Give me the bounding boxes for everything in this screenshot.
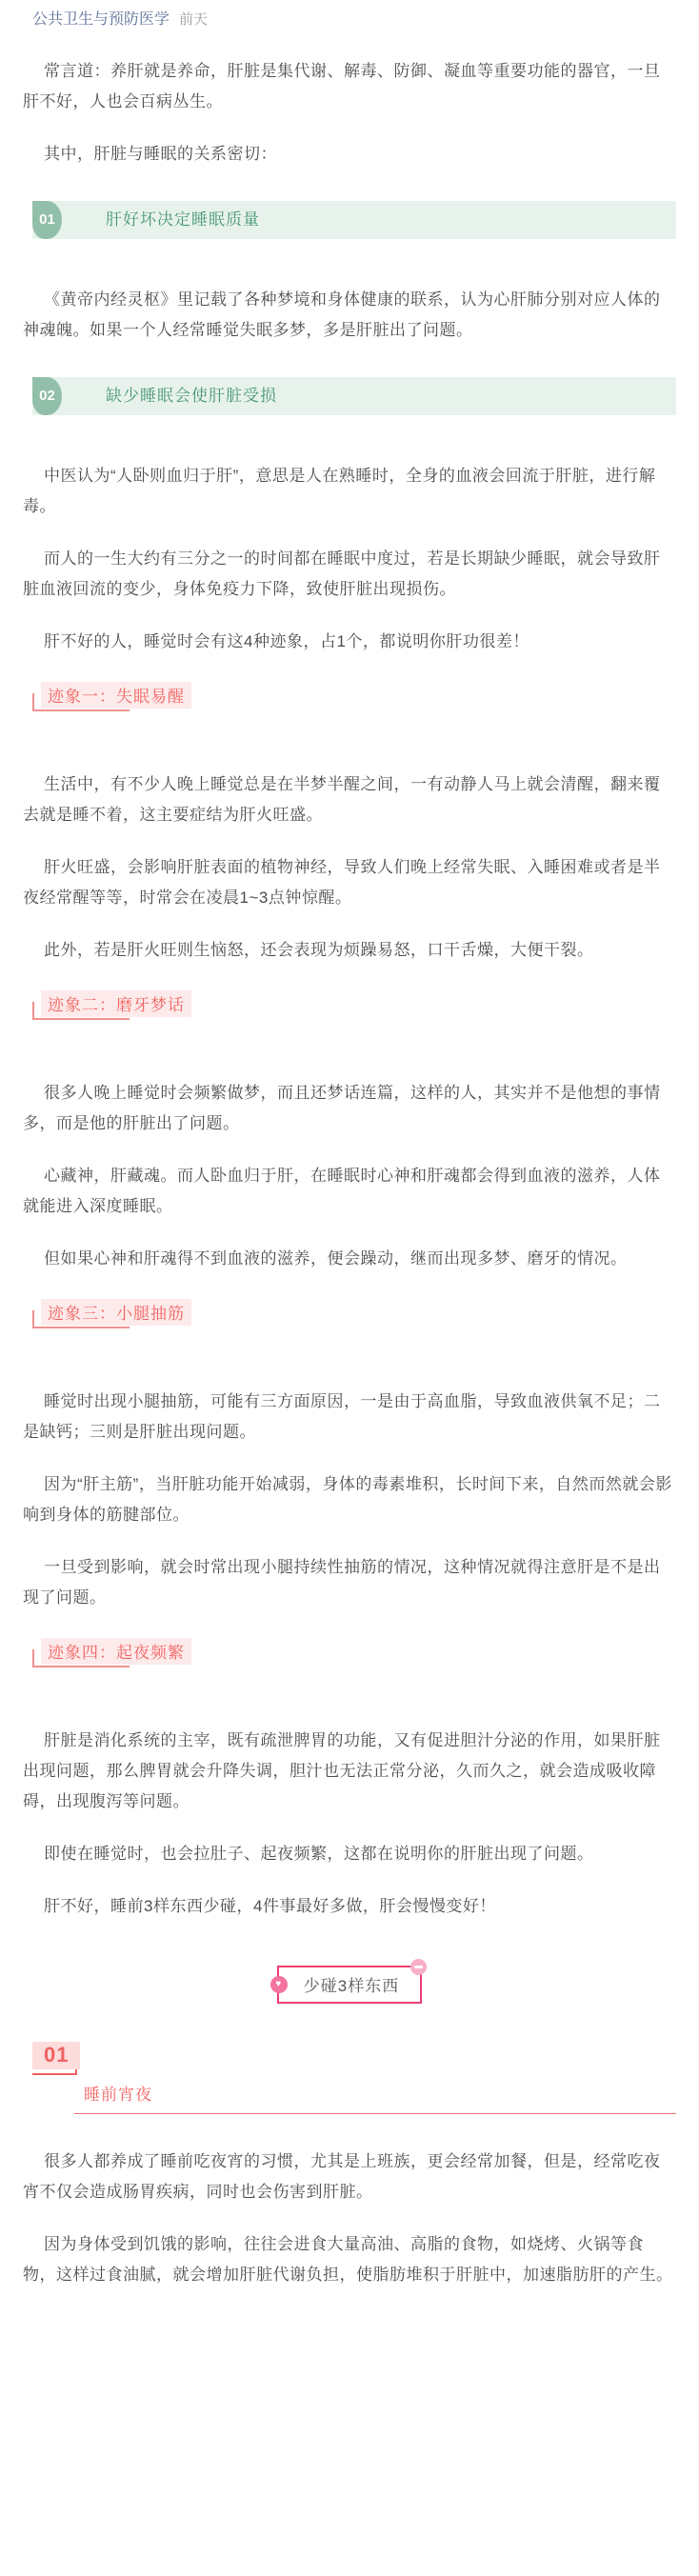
paragraph: 肝不好的人，睡觉时会有这4种迹象，占1个，都说明你肝功很差！	[23, 627, 676, 657]
sign-heading-label: 迹象一：失眠易醒	[41, 682, 191, 709]
article-page: 公共卫生与预防医学前天 常言道：养肝就是养命，肝脏是集代谢、解毒、防御、凝血等重…	[0, 0, 699, 2290]
paragraph: 生活中，有不少人晚上睡觉总是在半梦半醒之间，一有动静人马上就会清醒，翻来覆去就是…	[23, 769, 676, 830]
sign-heading-label: 迹象二：磨牙梦话	[41, 990, 191, 1017]
avoid-badge-label: 少碰3样东西	[304, 1977, 399, 1995]
paragraph: 中医认为“人卧则血归于肝”，意思是人在熟睡时，全身的血液会回流于肝脏，进行解毒。	[23, 461, 676, 522]
sign-heading-insomnia: 迹象一：失眠易醒	[32, 682, 676, 720]
paragraph: 而人的一生大约有三分之一的时间都在睡眠中度过，若是长期缺少睡眠，就会导致肝脏血液…	[23, 544, 676, 605]
section-title: 缺少睡眠会使肝脏受损	[32, 377, 676, 415]
avoid-item-number: 01	[32, 2042, 80, 2069]
sign-heading-frequent-night-urination: 迹象四：起夜频繁	[32, 1638, 676, 1676]
section-banner-sleep-loss-damage: 02 缺少睡眠会使肝脏受损	[32, 377, 676, 415]
sign-heading-label: 迹象三：小腿抽筋	[41, 1299, 191, 1326]
article-header: 公共卫生与预防医学前天	[23, 0, 676, 30]
paragraph: 很多人都养成了睡前吃夜宵的习惯，尤其是上班族，更会经常加餐，但是，经常吃夜宵不仅…	[23, 2147, 676, 2207]
sign-heading-teeth-grinding: 迹象二：磨牙梦话	[32, 990, 676, 1028]
avoid-item-heading-late-night-snack: 01 睡前宵夜	[32, 2042, 676, 2114]
paragraph: 因为身体受到饥饿的影响，往往会进食大量高油、高脂的食物，如烧烤、火锅等食物，这样…	[23, 2229, 676, 2290]
paragraph: 即使在睡觉时，也会拉肚子、起夜频繁，这都在说明你的肝脏出现了问题。	[23, 1839, 676, 1869]
intro-paragraph: 常言道：养肝就是养命，肝脏是集代谢、解毒、防御、凝血等重要功能的器官，一旦肝不好…	[23, 56, 676, 117]
paragraph: 一旦受到影响，就会时常出现小腿持续性抽筋的情况，这种情况就得注意肝是不是出现了问…	[23, 1552, 676, 1613]
paragraph: 此外，若是肝火旺则生恼怒，还会表现为烦躁易怒，口干舌燥，大便干裂。	[23, 935, 676, 966]
section-number-badge: 01	[32, 201, 62, 239]
paragraph: 肝不好，睡前3样东西少碰，4件事最好多做，肝会慢慢变好！	[23, 1891, 676, 1922]
paragraph: 很多人晚上睡觉时会频繁做梦，而且还梦话连篇，这样的人，其实并不是他想的事情多，而…	[23, 1078, 676, 1139]
publish-time: 前天	[179, 11, 208, 28]
paragraph: 心藏神，肝藏魂。而人卧血归于肝，在睡眠时心神和肝魂都会得到血液的滋养，人体就能进…	[23, 1161, 676, 1222]
paragraph: 但如果心神和肝魂得不到血液的滋养，便会躁动，继而出现多梦、磨牙的情况。	[23, 1244, 676, 1274]
avoid-badge-row: ♥ 少碰3样东西	[23, 1966, 676, 2004]
paragraph: 肝脏是消化系统的主宰，既有疏泄脾胃的功能，又有促进胆汁分泌的作用，如果肝脏出现问…	[23, 1726, 676, 1817]
section-number-badge: 02	[32, 377, 62, 415]
paragraph: 因为“肝主筋”，当肝脏功能开始减弱，身体的毒素堆积，长时间下来，自然而然就会影响…	[23, 1469, 676, 1530]
paragraph: 肝火旺盛，会影响肝脏表面的植物神经，导致人们晚上经常失眠、入睡困难或者是半夜经常…	[23, 852, 676, 913]
avoid-badge: ♥ 少碰3样东西	[277, 1966, 422, 2004]
dash-icon	[410, 1959, 427, 1975]
sign-heading-label: 迹象四：起夜频繁	[41, 1638, 191, 1665]
paragraph: 《黄帝内经灵枢》里记载了各种梦境和身体健康的联系，认为心肝肺分别对应人体的神魂魄…	[23, 285, 676, 346]
paragraph: 睡觉时出现小腿抽筋，可能有三方面原因，一是由于高血脂，导致血液供氧不足；二是缺钙…	[23, 1387, 676, 1448]
heart-icon: ♥	[270, 1976, 288, 1993]
intro-paragraph: 其中，肝脏与睡眠的关系密切：	[23, 139, 676, 170]
section-title: 肝好坏决定睡眠质量	[32, 201, 676, 239]
avoid-item-title: 睡前宵夜	[74, 2077, 676, 2114]
section-banner-liver-sleep-quality: 01 肝好坏决定睡眠质量	[32, 201, 676, 239]
sign-heading-leg-cramps: 迹象三：小腿抽筋	[32, 1299, 676, 1337]
account-link[interactable]: 公共卫生与预防医学	[32, 11, 170, 28]
